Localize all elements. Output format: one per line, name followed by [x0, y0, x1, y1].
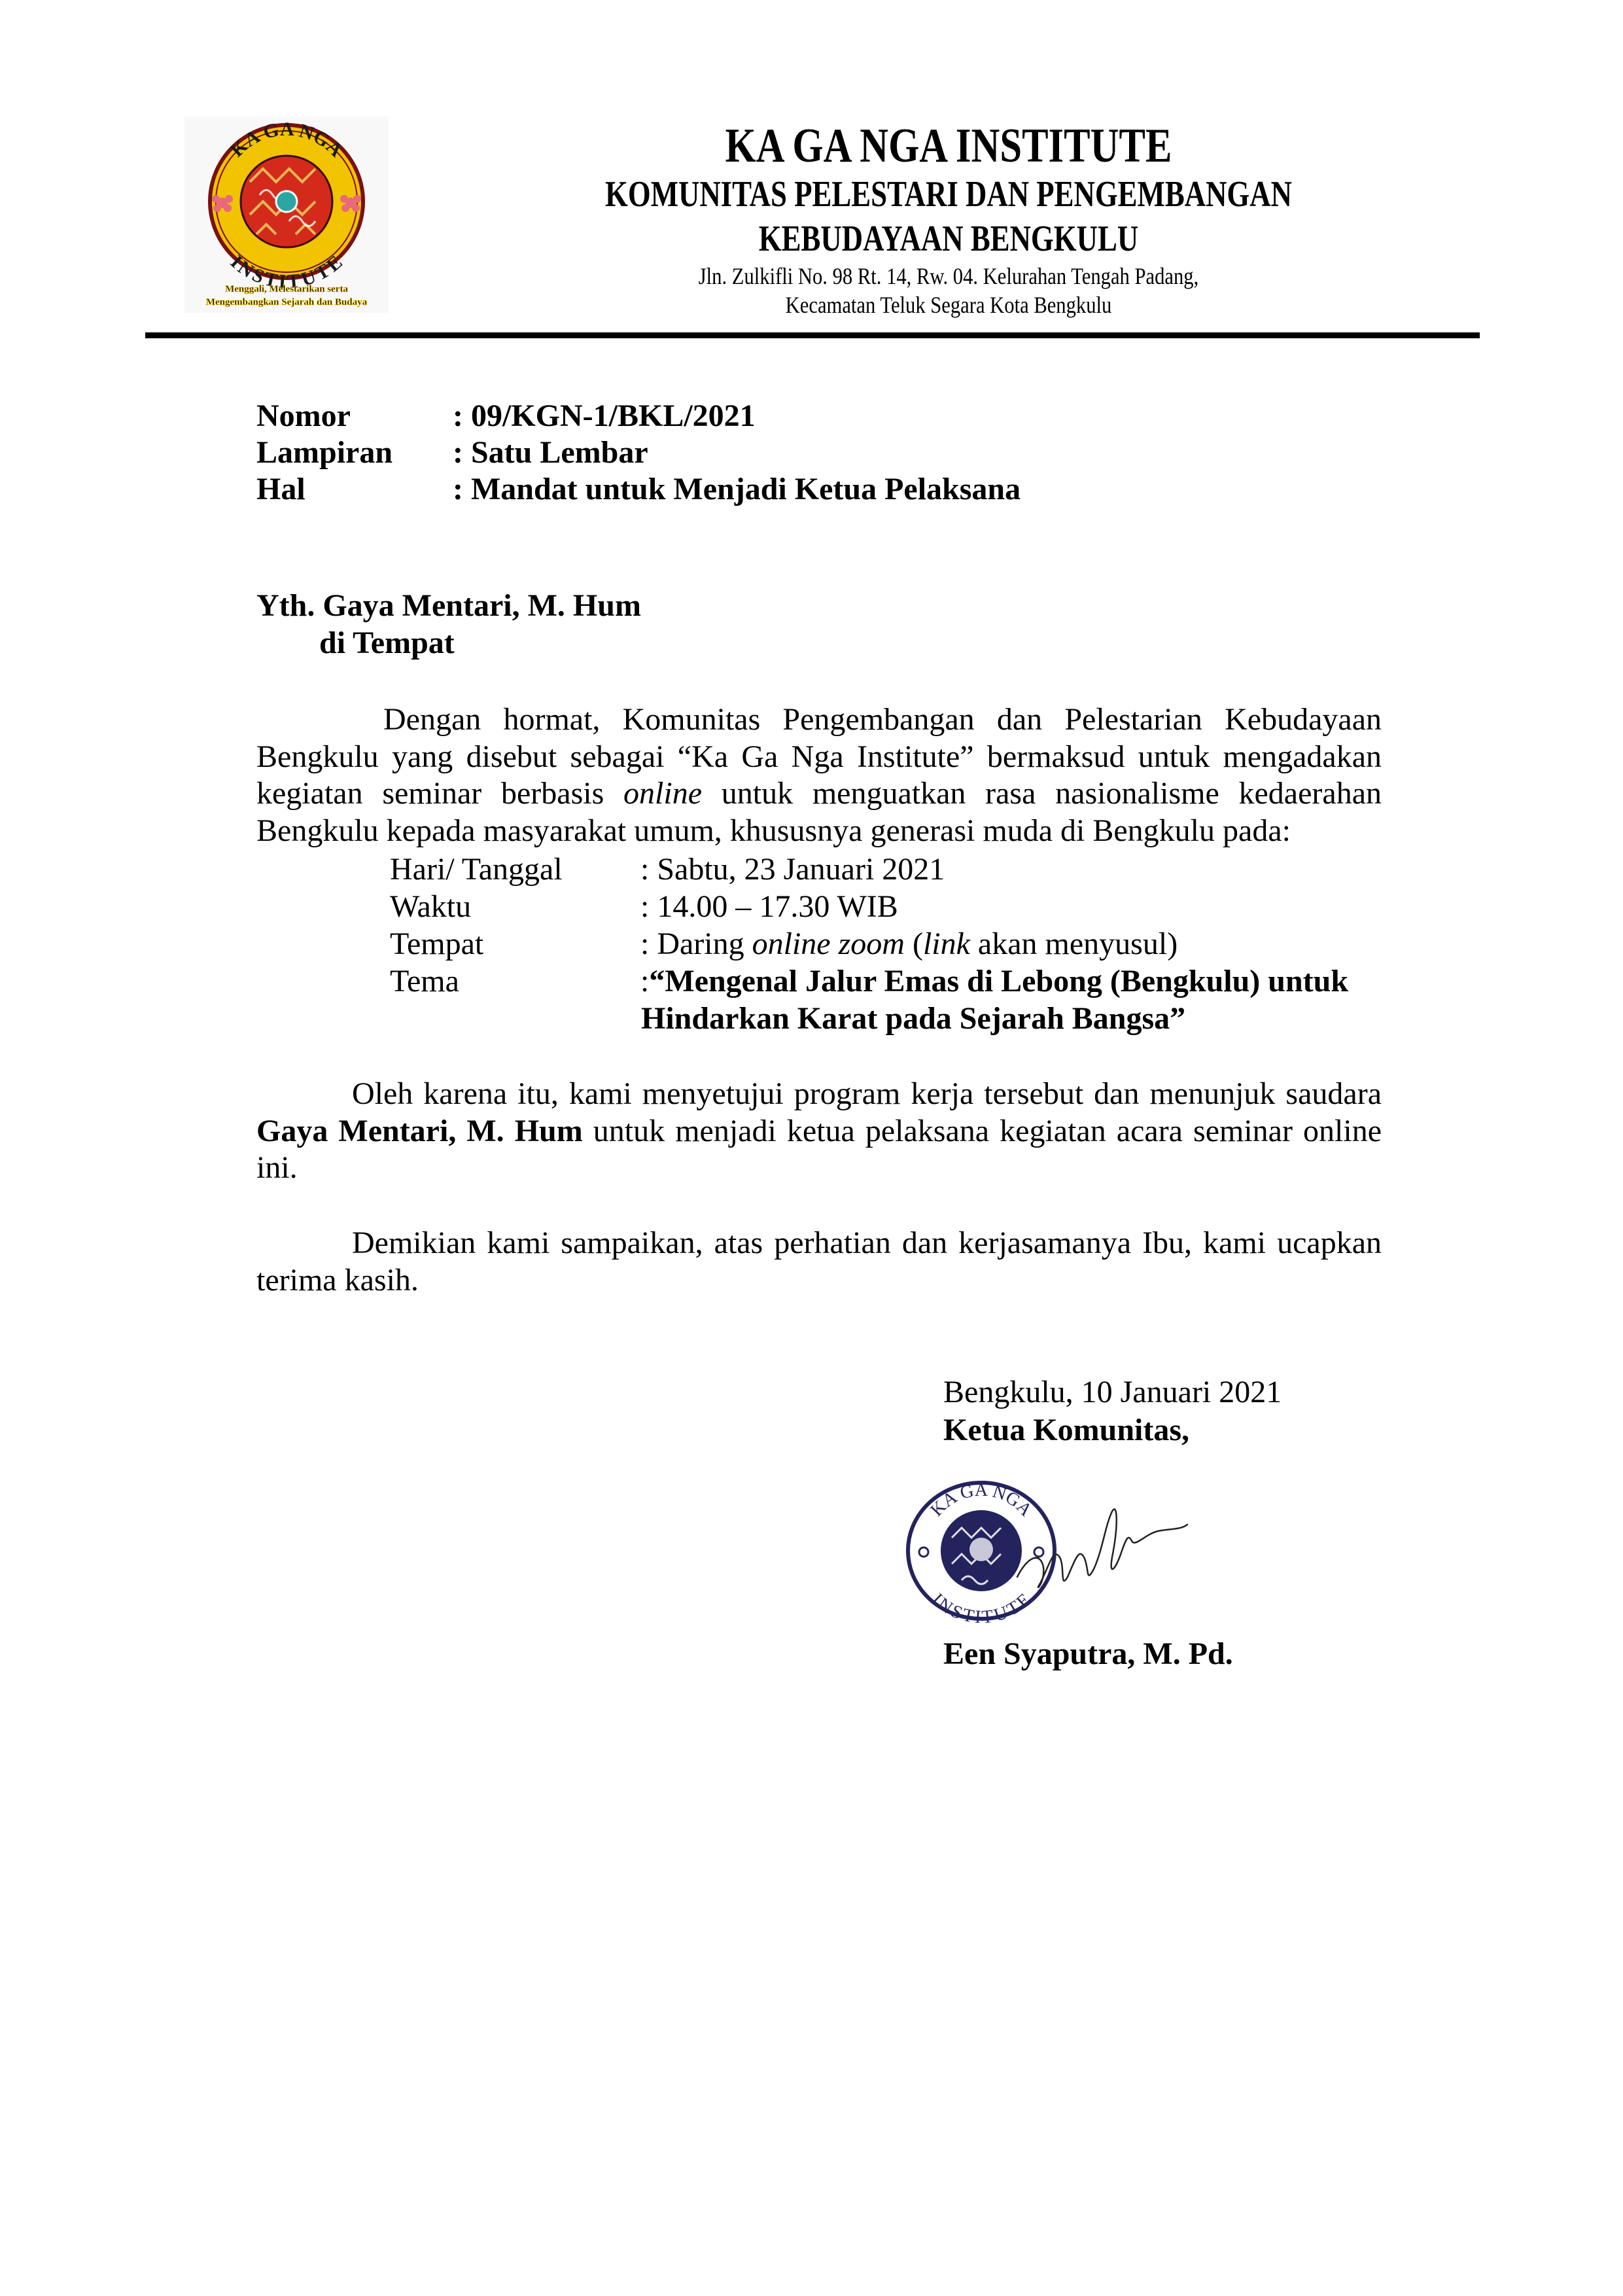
detail-theme-line1: “Mengenal Jalur Emas di Lebong (Bengkulu… — [649, 964, 1348, 998]
detail-label: Tempat — [390, 925, 640, 963]
detail-value: : Sabtu, 23 Januari 2021 — [640, 852, 945, 887]
meta-label: Lampiran — [256, 434, 453, 471]
detail-venue: Tempat: Daring online zoom (link akan me… — [390, 925, 1178, 963]
signature-scribble-icon — [1014, 1485, 1236, 1616]
signatory-name: Een Syaputra, M. Pd. — [943, 1636, 1233, 1672]
detail-theme: Tema:“Mengenal Jalur Emas di Lebong (Ben… — [390, 963, 1348, 1000]
meta-lampiran: Lampiran: Satu Lembar — [256, 434, 648, 471]
handwritten-signature — [1014, 1485, 1236, 1616]
detail-label: Tema — [390, 963, 640, 1000]
signature-place-date: Bengkulu, 10 Januari 2021 — [943, 1374, 1282, 1411]
para-bold-text: Gaya Mentari, M. Hum — [256, 1114, 583, 1148]
detail-value-italic: online zoom — [752, 927, 905, 961]
detail-date: Hari/ Tanggal: Sabtu, 23 Januari 2021 — [390, 851, 945, 888]
meta-value: : Mandat untuk Menjadi Ketua Pelaksana — [453, 472, 1021, 506]
detail-value-italic: link — [923, 927, 970, 961]
logo-tagline-2: Mengembangkan Sejarah dan Budaya — [206, 297, 368, 308]
institute-title: KA GA NGA INSTITUTE — [546, 116, 1351, 175]
detail-label: Hari/ Tanggal — [390, 851, 640, 888]
meta-value: : 09/KGN-1/BKL/2021 — [453, 398, 756, 433]
para-text: Oleh karena itu, kami menyetujui program… — [352, 1076, 1382, 1111]
detail-time: Waktu: 14.00 – 17.30 WIB — [390, 888, 898, 925]
detail-label: Waktu — [390, 888, 640, 925]
meta-label: Hal — [256, 471, 453, 508]
body-paragraph-appointment: Oleh karena itu, kami menyetujui program… — [256, 1076, 1382, 1187]
logo-emblem-icon: KA GA NGA INSTITUTE Menggali, Melestarik… — [184, 116, 389, 313]
body-paragraph-opening: Dengan hormat, Komunitas Pengembangan da… — [256, 701, 1382, 849]
logo-tagline-1: Menggali, Melestarikan serta — [225, 284, 348, 294]
institute-logo: KA GA NGA INSTITUTE Menggali, Melestarik… — [184, 116, 389, 313]
addressee-name: Yth. Gaya Mentari, M. Hum — [256, 588, 641, 624]
addressee-place: di Tempat — [319, 625, 455, 662]
signature-role: Ketua Komunitas, — [943, 1412, 1189, 1449]
para-text: Demikian kami sampaikan, atas perhatian … — [256, 1226, 1382, 1298]
institute-subtitle-line1: KOMUNITAS PELESTARI DAN PENGEMBANGAN — [556, 171, 1341, 217]
institute-address-line1: Jln. Zulkifli No. 98 Rt. 14, Rw. 04. Kel… — [532, 262, 1366, 291]
detail-value: : Daring — [640, 927, 752, 961]
detail-value: akan menyusul) — [970, 927, 1178, 961]
detail-value: ( — [905, 927, 923, 961]
para-italic-text: online — [623, 776, 702, 811]
header-divider — [145, 332, 1480, 338]
meta-value: : Satu Lembar — [453, 435, 648, 470]
meta-hal: Hal: Mandat untuk Menjadi Ketua Pelaksan… — [256, 471, 1021, 508]
institute-subtitle-line2: KEBUDAYAAN BENGKULU — [556, 216, 1341, 262]
detail-theme-line2: Hindarkan Karat pada Sejarah Bangsa” — [641, 1000, 1185, 1037]
detail-value: : 14.00 – 17.30 WIB — [640, 889, 898, 924]
detail-colon: : — [640, 964, 649, 998]
body-paragraph-closing: Demikian kami sampaikan, atas perhatian … — [256, 1225, 1382, 1299]
meta-label: Nomor — [256, 398, 453, 434]
institute-address-line2: Kecamatan Teluk Segara Kota Bengkulu — [532, 291, 1366, 319]
meta-nomor: Nomor: 09/KGN-1/BKL/2021 — [256, 398, 756, 434]
